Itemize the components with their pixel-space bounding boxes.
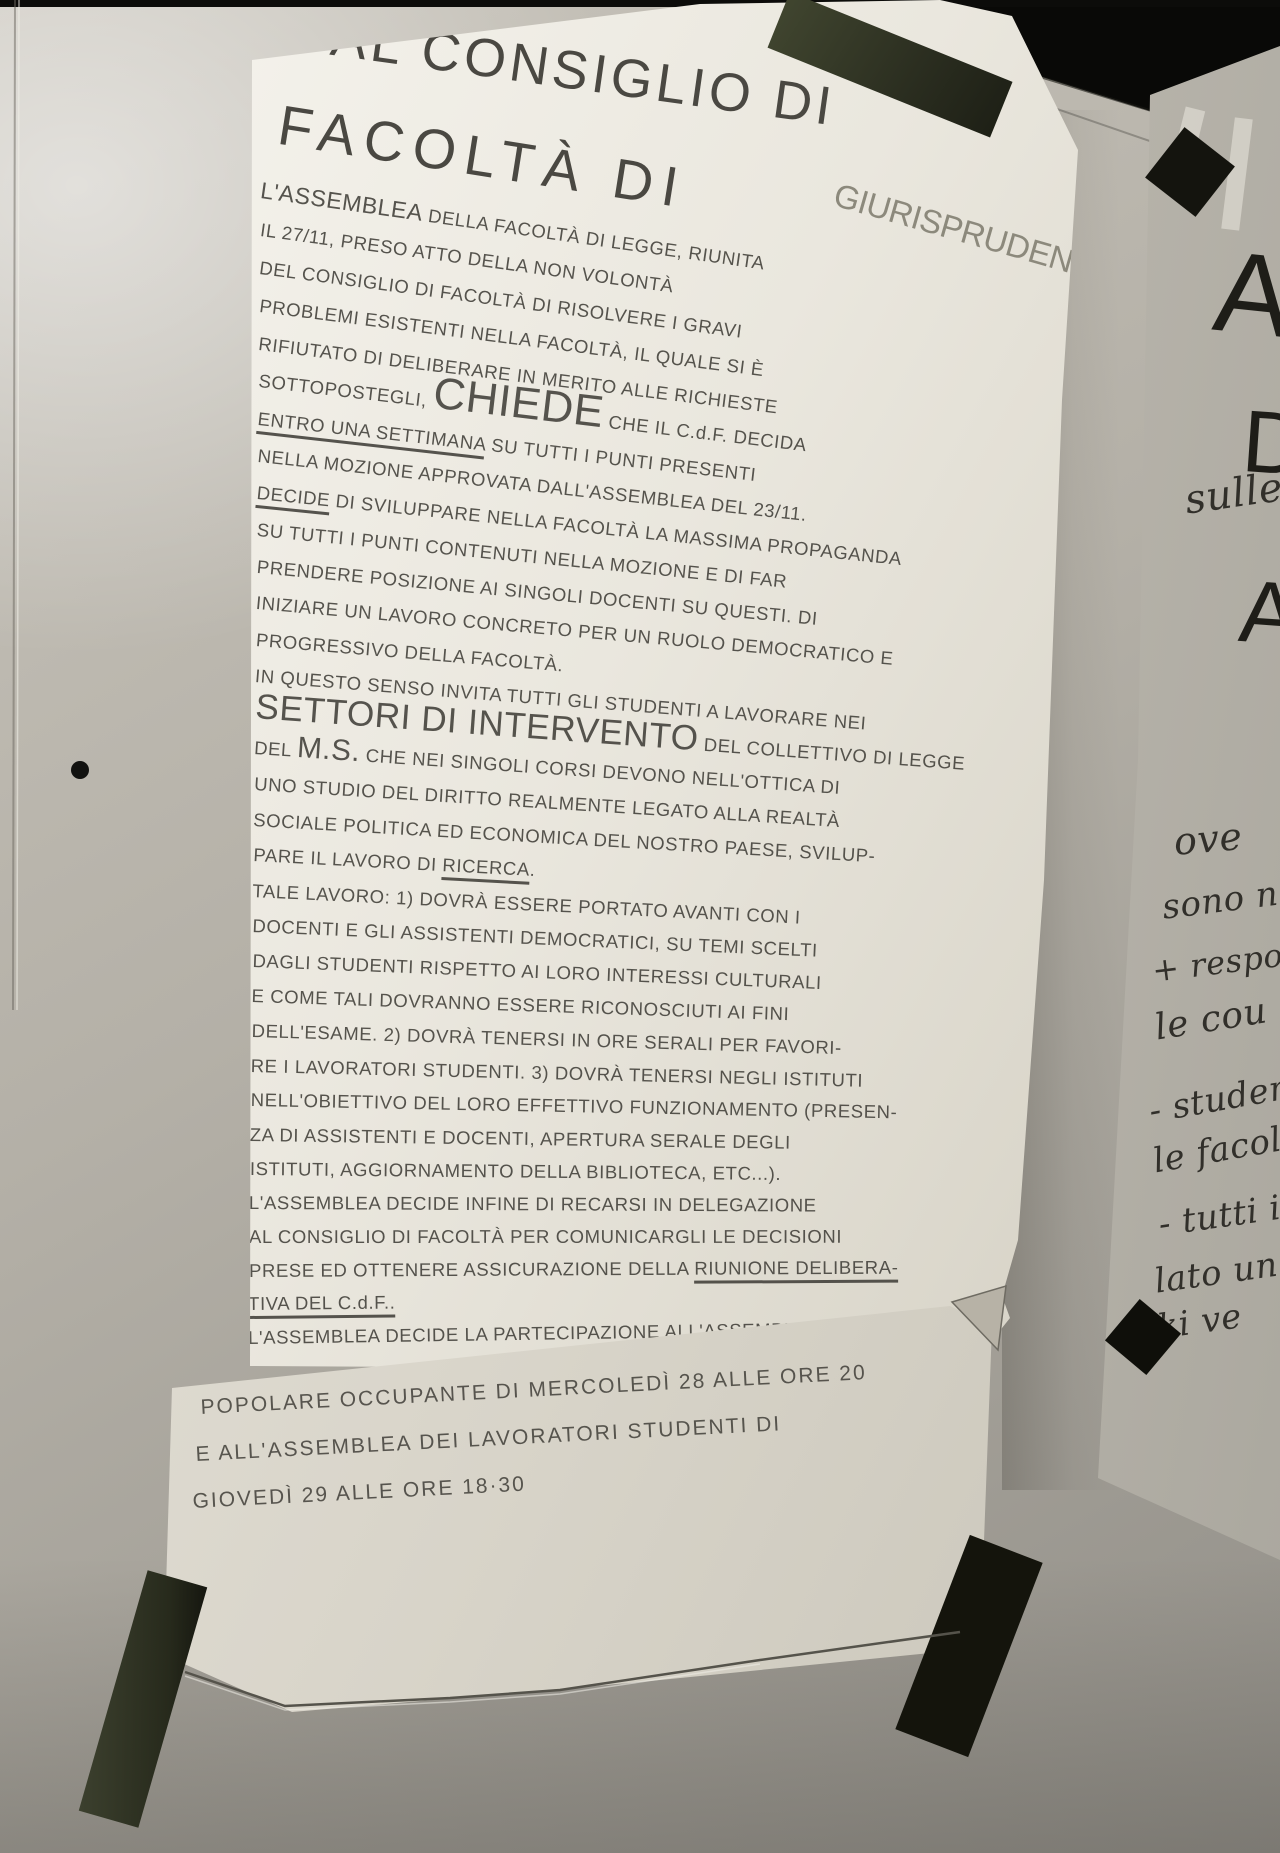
right-poster-fragment: + respo (1150, 936, 1280, 990)
poster-body-line: ISTITUTI, AGGIORNAMENTO DELLA BIBLIOTECA… (250, 1158, 781, 1185)
right-poster-fragment: sulle (1182, 464, 1280, 523)
poster-body-line: PRESE ED OTTENERE ASSICURAZIONE DELLA RI… (249, 1256, 898, 1281)
poster-body-line: RE I LAVORATORI STUDENTI. 3) DOVRÀ TENER… (251, 1055, 864, 1092)
poster-body-line: NELL'OBIETTIVO DEL LORO EFFETTIVO FUNZIO… (250, 1089, 897, 1123)
poster-body-line: TIVA DEL C.d.F.. (248, 1292, 396, 1315)
poster-body-line: DELL'ESAME. 2) DOVRÀ TENERSI IN ORE SERA… (251, 1020, 842, 1059)
photo-of-posters-on-wall: ADsulleAovesono n+ respole cou- studenle… (0, 0, 1280, 1853)
poster-body-line: PARE IL LAVORO DI RICERCA. (253, 844, 536, 881)
poster-body-line: E COME TALI DOVRANNO ESSERE RICONOSCIUTI… (251, 985, 789, 1025)
right-poster-fragment: - tutti i (1156, 1188, 1280, 1245)
strip-line: GIOVEDÌ 29 ALLE ORE 18·30 (192, 1473, 526, 1514)
wall-hole-dot (71, 761, 89, 779)
right-poster-fragment: le facol (1150, 1119, 1280, 1181)
tape-strip-bottom-left (79, 1570, 208, 1827)
photo-top-dark-edge (0, 0, 1280, 7)
right-poster-fragment: A (1208, 225, 1280, 364)
poster-body-line: ZA DI ASSISTENTI E DOCENTI, APERTURA SER… (250, 1124, 791, 1154)
right-poster-fragment: le cou (1152, 990, 1270, 1048)
poster-body-line: L'ASSEMBLEA DECIDE INFINE DI RECARSI IN … (249, 1192, 817, 1217)
strip-line: E ALL'ASSEMBLEA DEI LAVORATORI STUDENTI … (195, 1412, 782, 1467)
right-poster-fragment: sono n (1160, 874, 1280, 928)
right-poster-fragment: A (1236, 560, 1280, 666)
poster-body-line: AL CONSIGLIO DI FACOLTÀ PER COMUNICARGLI… (249, 1226, 842, 1248)
strip-line: POPOLARE OCCUPANTE DI MERCOLEDÌ 28 ALLE … (200, 1361, 867, 1420)
right-poster-fragment: ove (1172, 814, 1244, 864)
right-poster-fragment: lato un (1152, 1245, 1280, 1302)
